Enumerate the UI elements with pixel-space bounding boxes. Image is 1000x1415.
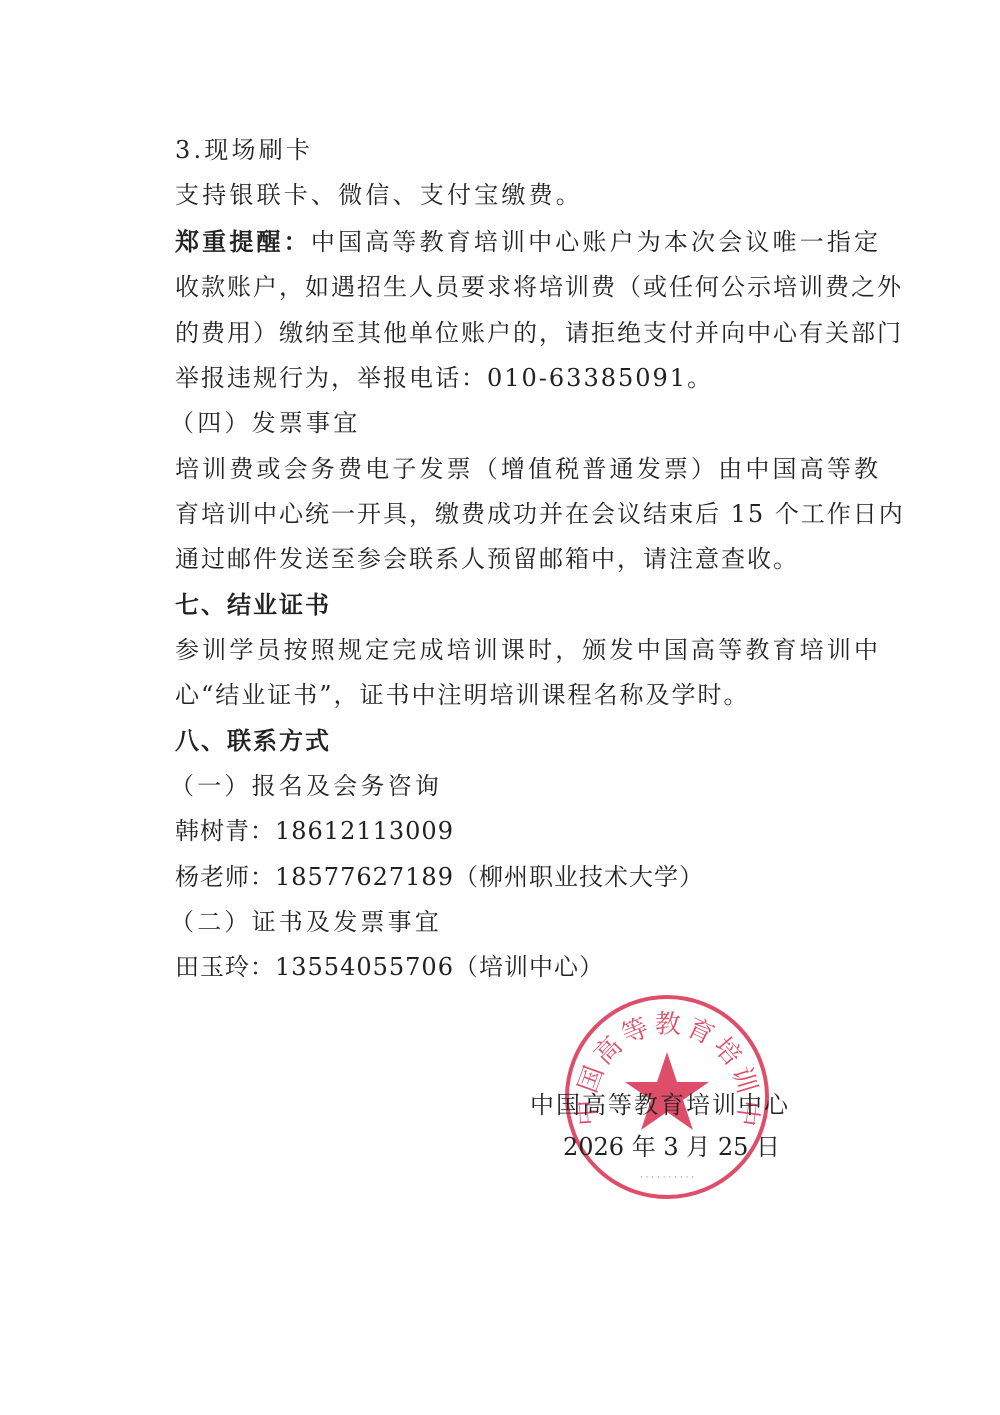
contact-subheading-registration: （一）报名及会务咨询 xyxy=(170,769,442,803)
certificate-heading: 七、结业证书 xyxy=(175,588,331,622)
svg-text:· · · · · · · · · ·: · · · · · · · · · · xyxy=(640,1173,694,1183)
signature-date: 2026 年 3 月 25 日 xyxy=(563,1130,780,1164)
contact-tian-yuling: 田玉玲：13554055706（培训中心） xyxy=(175,950,604,984)
document-page: 3.现场刷卡 支持银联卡、微信、支付宝缴费。 郑重提醒：中国高等教育培训中心账户… xyxy=(0,0,1000,1415)
certificate-line-1: 参训学员按照规定完成培训课时，颁发中国高等教育培训中 xyxy=(175,633,880,667)
invoice-line-2: 育培训中心统一开具，缴费成功并在会议结束后 15 个工作日内 xyxy=(175,497,905,531)
notice-line-4: 举报违规行为，举报电话：010-63385091。 xyxy=(175,361,713,395)
invoice-line-1: 培训费或会务费电子发票（增值税普通发票）由中国高等教 xyxy=(175,452,880,486)
contact-heading: 八、联系方式 xyxy=(175,724,331,758)
notice-line-3: 的费用）缴纳至其他单位账户的，请拒绝支付并向中心有关部门 xyxy=(175,316,880,350)
contact-teacher-yang: 杨老师：18577627189（柳州职业技术大学） xyxy=(175,860,704,894)
certificate-line-2: 心“结业证书”，证书中注明培训课程名称及学时。 xyxy=(175,678,750,712)
invoice-line-3: 通过邮件发送至参会联系人预留邮箱中，请注意查收。 xyxy=(175,542,799,576)
payment-method-title: 3.现场刷卡 xyxy=(175,133,313,167)
contact-subheading-certificate: （二）证书及发票事宜 xyxy=(170,905,442,939)
notice-label: 郑重提醒： xyxy=(175,228,311,256)
payment-method-desc: 支持银联卡、微信、支付宝缴费。 xyxy=(175,178,583,212)
notice-text: 中国高等教育培训中心账户为本次会议唯一指定 xyxy=(311,228,880,256)
signature-organization: 中国高等教育培训中心 xyxy=(530,1088,790,1122)
contact-han-shuqing: 韩树青：18612113009 xyxy=(175,814,454,848)
notice-line-2: 收款账户，如遇招生人员要求将培训费（或任何公示培训费之外 xyxy=(175,270,880,304)
invoice-subheading: （四）发票事宜 xyxy=(170,406,360,440)
notice-line-1: 郑重提醒：中国高等教育培训中心账户为本次会议唯一指定 xyxy=(175,225,880,259)
